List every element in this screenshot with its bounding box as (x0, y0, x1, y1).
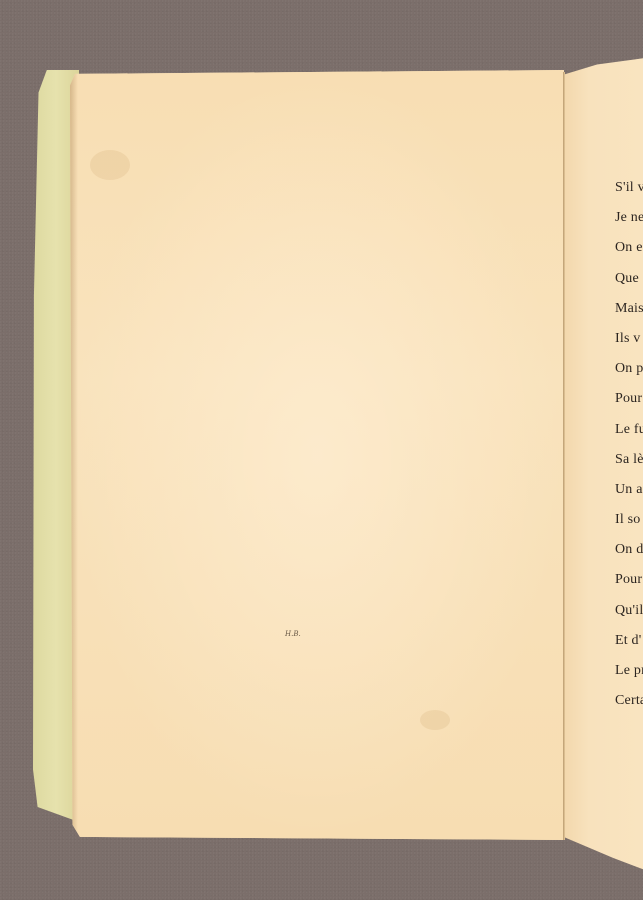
text-line: Sa lè (615, 445, 643, 475)
engraving-illustration (172, 205, 504, 665)
text-line: Le pr (615, 656, 643, 686)
text-line: Que (615, 264, 643, 294)
text-line: Le fu (615, 415, 643, 445)
text-line: On d (615, 535, 643, 565)
text-line: Pour (615, 384, 643, 414)
text-line: Un a (615, 475, 643, 505)
text-line: Et d' (615, 626, 643, 656)
foxing-spot (420, 710, 450, 730)
text-line: Je ne (615, 203, 643, 233)
text-line: Il so (615, 505, 643, 535)
engraver-signature: H.B. (285, 630, 301, 638)
text-line: Pour (615, 565, 643, 595)
text-line: Mais (615, 294, 643, 324)
engraving-image (172, 205, 504, 665)
page-gutter (563, 72, 565, 840)
book-photo: S'il v Je ne On e Que Mais Ils v On p Po… (0, 0, 643, 900)
text-line: Ils v (615, 324, 643, 354)
foxing-spot (90, 150, 130, 180)
text-line: Certa (615, 686, 643, 716)
text-line: S'il v (615, 173, 643, 203)
text-line: On e (615, 233, 643, 263)
text-line: On p (615, 354, 643, 384)
right-page-text: S'il v Je ne On e Que Mais Ils v On p Po… (615, 173, 643, 716)
text-line: Qu'il (615, 596, 643, 626)
